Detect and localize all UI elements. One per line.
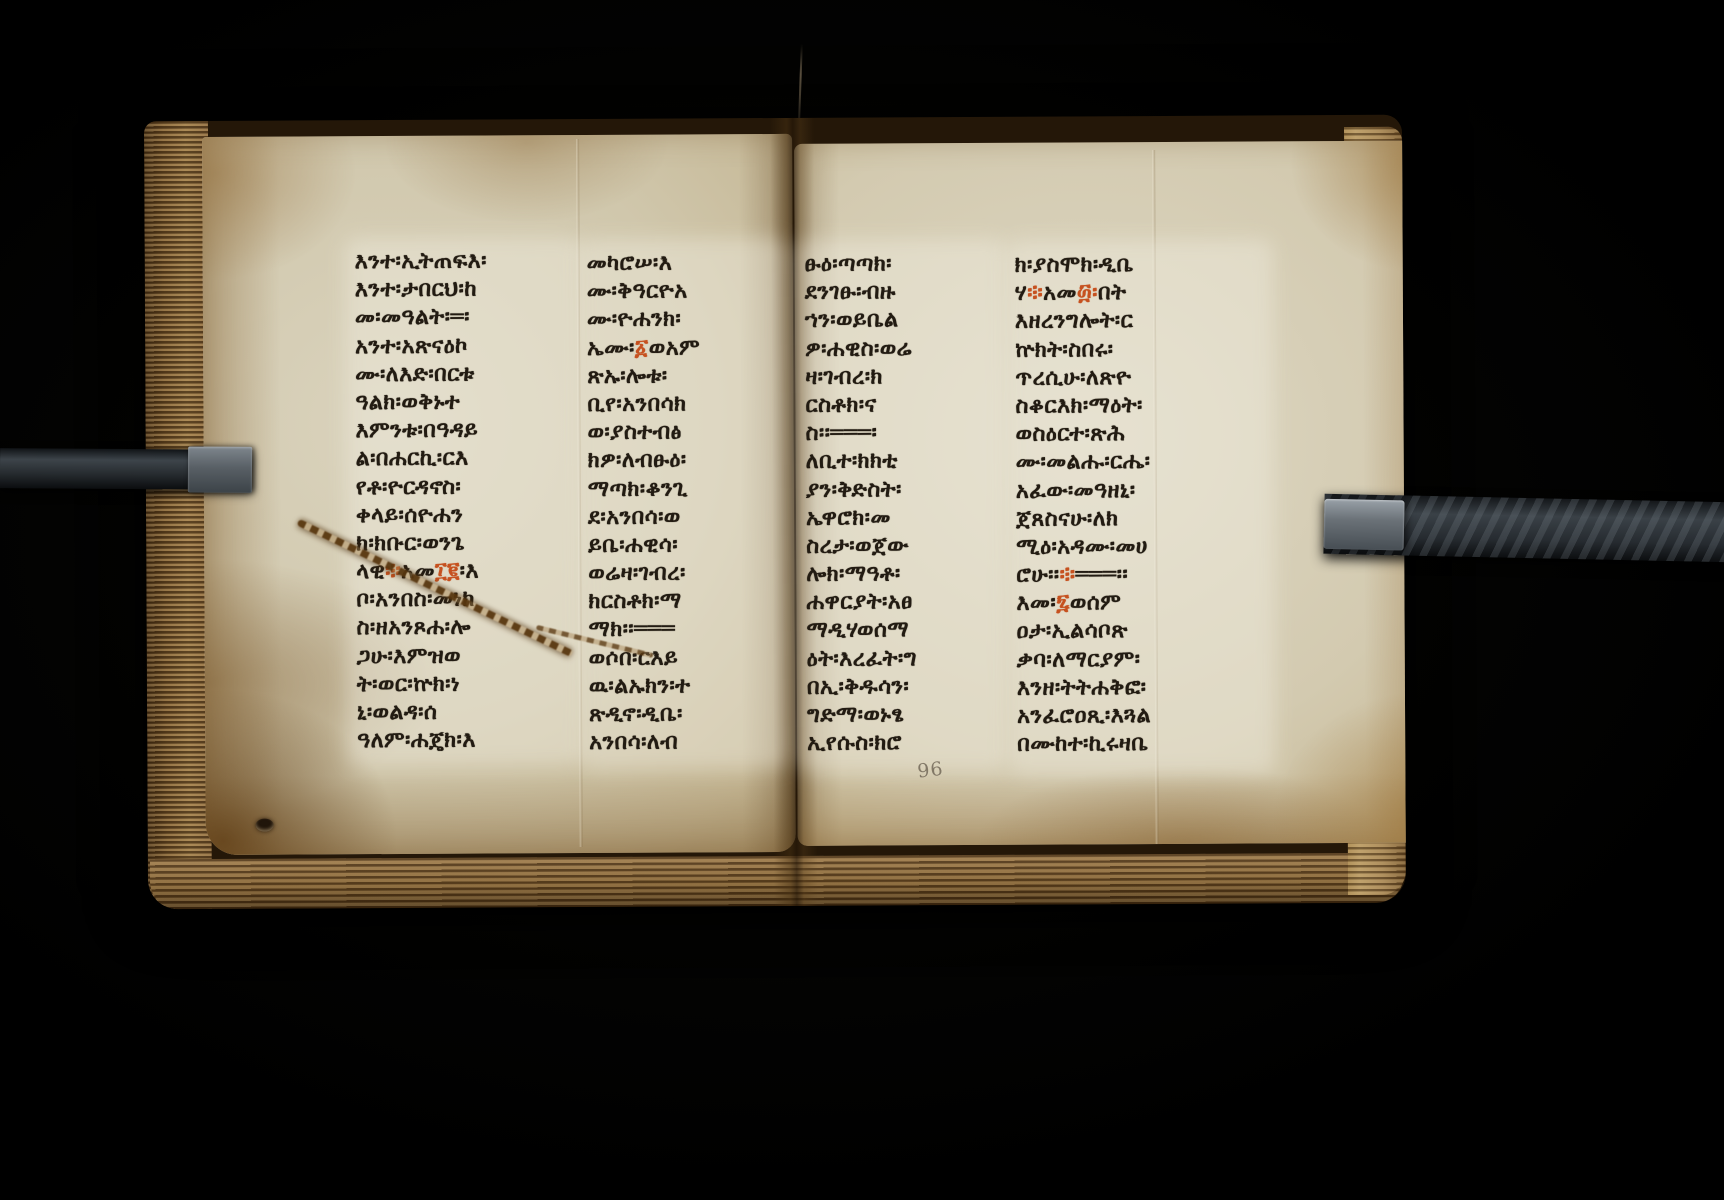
- black-ink-text: ደንገፁ፡ብዙ: [805, 280, 896, 305]
- manuscript-text-line: ኒ፡ወልዳ፡ሰ: [357, 698, 489, 727]
- manuscript-text-line: ደ፡አንበሳ፡ወ: [588, 503, 701, 532]
- manuscript-text-line: ግድማ፡ወኑፄ: [807, 701, 917, 730]
- black-ink-text: ፡እ: [460, 559, 479, 584]
- black-ink-text: በኢ፡ቅዱሳን፡: [807, 674, 909, 700]
- metal-clip-right: [1324, 499, 1405, 551]
- black-ink-text: ለቢተ፡ክክቲ: [806, 449, 898, 474]
- manuscript-photograph: እንተ፡ኢትጠፍእ፡እንተ፡ታበርህ፡ከመ፡መዓልት፡═፡አንተ፡አጽናዕኮሙ፡…: [0, 0, 1724, 1200]
- manuscript-text-line: ክርስቶክ፡ማ: [588, 588, 701, 617]
- black-ink-text: ዎ፡ሐዊስ፡ወሬ: [805, 336, 912, 362]
- manuscript-text-line: ርስቶክ፡ና: [805, 391, 915, 420]
- black-ink-text: አፈው፡መዓዘኒ፡: [1016, 478, 1136, 504]
- manuscript-text-line: መካሮሠ፡እ: [587, 249, 700, 278]
- book-holder-strap-right: [1323, 494, 1724, 562]
- black-ink-text: ሎክ፡ማዓቶ፡: [806, 561, 900, 586]
- manuscript-text-line: ኤዋሮክ፡መ: [806, 504, 916, 533]
- black-ink-text: ኢየሱስ፡ክሮ: [807, 731, 902, 756]
- manuscript-text-line: ይቤ፡ሐዊሳ፡: [588, 531, 701, 560]
- manuscript-text-line: ክዎ፡ለብፁዕ፡: [588, 447, 701, 476]
- black-ink-text: ክርስቶክ፡ማ: [588, 589, 681, 614]
- manuscript-text-line: መ፡መዓልት፡═፡: [355, 304, 487, 333]
- red-rubric-text: ፯: [1056, 591, 1070, 616]
- black-ink-text: ዐታ፡ኢልሳቦጽ: [1017, 619, 1128, 645]
- manuscript-text-line: ኢየሱስ፡ክሮ: [807, 729, 917, 758]
- manuscript-text-line: ሙ፡ለእድ፡በርቱ: [355, 360, 487, 389]
- manuscript-text-line: ዓልክ፡ወቅኑተ: [355, 388, 487, 417]
- manuscript-text-line: ሙ፡መልሑ፡ርሔ፡: [1016, 448, 1151, 477]
- open-manuscript-book: እንተ፡ኢትጠፍእ፡እንተ፡ታበርህ፡ከመ፡መዓልት፡═፡አንተ፡አጽናዕኮሙ፡…: [144, 115, 1406, 910]
- manuscript-text-line: ስ፡ዘአንጾሐ፡ሎ: [357, 614, 489, 643]
- text-column-right-2: ክ፡ያስሞክ፡ዲቤሃ፨አመ፴፡በትእዘረንግሎት፡ርኵክት፡ስበሩ፡ጥረሲሁ፡ለ…: [1015, 251, 1152, 759]
- black-ink-text: ጥረሲሁ፡ለጽዮ: [1015, 365, 1131, 391]
- manuscript-text-line: እንተ፡ታበርህ፡ከ: [355, 276, 487, 305]
- metal-clip-left: [188, 446, 252, 492]
- manuscript-text-line: ቢየ፡አንበሳክ: [587, 390, 700, 419]
- black-ink-text: ሐዋርያት፡አፀ: [806, 590, 912, 616]
- black-ink-text: ይቤ፡ሐዊሳ፡: [588, 532, 678, 557]
- manuscript-text-line: ወስዕርተ፡ጽሕ: [1016, 420, 1151, 449]
- page-edge-hole: [256, 819, 274, 832]
- black-ink-text: አንፈሮዐጺ፡እጓል: [1017, 703, 1151, 729]
- black-ink-text: ሙ፡ቅዓርዮአ: [587, 279, 688, 305]
- black-ink-text: እመ፡: [1016, 591, 1056, 616]
- black-ink-text: ወአም: [649, 335, 700, 360]
- black-ink-text: አንተ፡አጽናዕኮ: [355, 333, 468, 359]
- manuscript-text-line: ማጣክ፡ቆንጊ: [588, 475, 701, 504]
- manuscript-text-line: ኵክት፡ስበሩ፡: [1015, 336, 1150, 365]
- red-rubric-text: ፨: [1059, 562, 1075, 587]
- manuscript-text-line: አንበሳ፡ለብ: [589, 729, 702, 758]
- black-ink-text: በሙከተ፡ኪሩዛቤ: [1017, 731, 1148, 757]
- manuscript-text-line: ዎ፡ሐዊስ፡ወሬ: [805, 335, 915, 364]
- text-column-left-2: መካሮሠ፡እሙ፡ቅዓርዮአሙ፡ዮሐንክ፡ኤሙ፡፩ወአምጽኡ፡ሎቱ፡ቢየ፡አንበሳ…: [587, 249, 703, 757]
- manuscript-text-line: ዕት፡እረፈት፡ግ: [807, 645, 917, 674]
- red-rubric-text: ፨: [1027, 281, 1043, 306]
- black-ink-text: ያን፡ቅድስት፡: [806, 477, 902, 503]
- black-ink-text: መካሮሠ፡እ: [587, 251, 673, 276]
- black-ink-text: ዓልክ፡ወቅኑተ: [355, 390, 460, 416]
- black-ink-text: እንተ፡ታበርህ፡ከ: [355, 277, 477, 303]
- black-ink-text: ት፡ወር፡ኵክ፡ነ: [357, 671, 460, 697]
- manuscript-text-line: ስቆርእክ፡ማዕት፡: [1015, 392, 1150, 421]
- black-ink-text: ሙ፡ዮሐንክ፡: [587, 307, 681, 332]
- manuscript-text-line: እንተ፡ኢትጠፍእ፡: [355, 248, 487, 277]
- black-ink-text: ኤዋሮክ፡መ: [806, 505, 891, 530]
- black-ink-text: ደ፡አንበሳ፡ወ: [588, 504, 681, 529]
- manuscript-text-line: ፁዕ፡ጣጣክ፡: [805, 250, 915, 279]
- black-ink-text: ማዲሃወሰማ: [807, 618, 910, 644]
- manuscript-text-line: ሙ፡ቅዓርዮአ: [587, 278, 700, 307]
- black-ink-text: ስ፡፡═══፡: [806, 421, 878, 446]
- manuscript-text-line: ወሶበ፡ርእይ: [589, 644, 702, 673]
- black-ink-text: ኵክት፡ስበሩ፡: [1015, 337, 1113, 363]
- manuscript-text-line: ክ፡ክቡር፡ወንጌ: [356, 529, 488, 558]
- black-ink-text: ወ፡ያስተብፅ: [588, 420, 682, 445]
- manuscript-text-line: እንዘ፡ትትሐቅፎ፡: [1017, 674, 1152, 703]
- manuscript-text-line: ኀን፡ወይቤል: [805, 307, 915, 336]
- manuscript-text-line: ሐዋርያት፡አፀ: [806, 589, 916, 618]
- manuscript-text-line: ስ፡፡═══፡: [806, 419, 916, 448]
- manuscript-text-line: ጽኡ፡ሎቱ፡: [587, 362, 700, 391]
- manuscript-text-line: ያን፡ቅድስት፡: [806, 476, 916, 505]
- manuscript-text-line: እዘረንግሎት፡ር: [1015, 307, 1150, 336]
- manuscript-text-line: ት፡ወር፡ኵክ፡ነ: [357, 670, 489, 699]
- manuscript-text-line: ጽዲኖ፡ዲቤ፡: [589, 700, 702, 729]
- manuscript-text-line: ወ፡ያስተብፅ: [588, 419, 701, 448]
- black-ink-text: ሚዕ፡አዳሙ፡መሀ: [1016, 534, 1148, 560]
- manuscript-text-line: ል፡በሐርኪ፡ርእ: [356, 445, 488, 474]
- manuscript-text-line: የቶ፡ዮርዳኖስ፡: [356, 473, 488, 502]
- book-holder-strap-left: [0, 448, 252, 490]
- black-ink-text: ግድማ፡ወኑፄ: [807, 702, 904, 728]
- black-ink-text: ሙ፡መልሑ፡ርሔ፡: [1016, 449, 1151, 475]
- black-ink-text: ኤሙ፡: [587, 335, 635, 360]
- manuscript-text-line: ጋሁ፡እምዝወ: [357, 642, 489, 671]
- black-ink-text: እምንቱ፡በዓዳይ: [356, 418, 479, 444]
- manuscript-text-line: ሚዕ፡አዳሙ፡መሀ: [1016, 533, 1151, 562]
- black-ink-text: ቢየ፡አንበሳክ: [587, 391, 686, 417]
- black-ink-text: ማክ፡፡═══: [589, 617, 676, 642]
- black-ink-text: ሃ: [1015, 281, 1027, 306]
- text-column-left-1: እንተ፡ኢትጠፍእ፡እንተ፡ታበርህ፡ከመ፡መዓልት፡═፡አንተ፡አጽናዕኮሙ፡…: [355, 248, 490, 756]
- manuscript-text-line: አንተ፡አጽናዕኮ: [355, 332, 487, 361]
- black-ink-text: ፁዕ፡ጣጣክ፡: [805, 251, 892, 276]
- black-ink-text: ርስቶክ፡ና: [805, 392, 876, 417]
- black-ink-text: ዛ፡ገብረ፡ክ: [805, 364, 883, 389]
- manuscript-text-line: ማዲሃወሰማ: [807, 617, 917, 646]
- black-ink-text: መ፡መዓልት፡═፡: [355, 305, 470, 331]
- black-ink-text: ዕት፡እረፈት፡ግ: [807, 646, 917, 672]
- black-ink-text: ቃባ፡ለማርያም፡: [1017, 647, 1141, 673]
- black-ink-text: ወሬዛ፡ገብረ፡: [588, 561, 686, 587]
- black-ink-text: አንበሳ፡ለብ: [589, 730, 678, 755]
- manuscript-text-line: ጥረሲሁ፡ለጽዮ: [1015, 364, 1150, 393]
- black-ink-text: ሮሁ፡፡: [1016, 563, 1059, 588]
- black-ink-text: ኀን፡ወይቤል: [805, 308, 899, 333]
- black-ink-text: ቀላይ፡ሰዮሐን: [356, 502, 463, 528]
- manuscript-text-line: አንፈሮዐጺ፡እጓል: [1017, 702, 1152, 731]
- manuscript-text-line: ቀላይ፡ሰዮሐን: [356, 501, 488, 530]
- red-rubric-text: ፴፡: [1077, 280, 1098, 305]
- manuscript-text-line: ደንገፁ፡ብዙ: [805, 278, 915, 307]
- black-ink-text: ክ፡ክቡር፡ወንጌ: [356, 530, 465, 556]
- manuscript-text-line: ሮሁ፡፡፨═══፡፡: [1016, 561, 1151, 590]
- manuscript-text-line: ጀጸስናሁ፡ለክ: [1016, 505, 1151, 534]
- black-ink-text: ማጣክ፡ቆንጊ: [588, 476, 688, 502]
- manuscript-text-line: ለቢተ፡ክክቲ: [806, 448, 916, 477]
- text-column-right-1: ፁዕ፡ጣጣክ፡ደንገፁ፡ብዙኀን፡ወይቤልዎ፡ሐዊስ፡ወሬዛ፡ገብረ፡ክርስቶክ…: [805, 250, 918, 758]
- black-ink-text: ወስዕርተ፡ጽሕ: [1016, 421, 1126, 447]
- black-ink-text: ዓለም፡ሐጄክ፡እ: [357, 728, 476, 754]
- manuscript-text-line: ዛ፡ገብረ፡ክ: [805, 363, 915, 392]
- black-ink-text: ጋሁ፡እምዝወ: [357, 643, 461, 669]
- manuscript-text-line: ኤሙ፡፩ወአም: [587, 334, 700, 363]
- manuscript-text-line: ሎክ፡ማዓቶ፡: [806, 560, 916, 589]
- black-ink-text: የቶ፡ዮርዳኖስ፡: [356, 474, 461, 500]
- manuscript-text-line: እመ፡፯ወሰም: [1016, 589, 1151, 618]
- manuscript-text-line: ሙ፡ዮሐንክ፡: [587, 306, 700, 335]
- black-ink-text: ወሰም: [1070, 590, 1121, 615]
- red-rubric-text: ፩: [635, 335, 649, 360]
- manuscript-text-line: ክ፡ያስሞክ፡ዲቤ: [1015, 251, 1150, 280]
- black-ink-text: ሙ፡ለእድ፡በርቱ: [355, 361, 474, 387]
- black-ink-text: ክዎ፡ለብፁዕ፡: [588, 448, 687, 474]
- black-ink-text: እንተ፡ኢትጠፍእ፡: [355, 249, 487, 275]
- manuscript-text-line: ዐታ፡ኢልሳቦጽ: [1017, 617, 1152, 646]
- manuscript-text-line: ማክ፡፡═══: [589, 616, 702, 645]
- black-ink-text: ጽኡ፡ሎቱ፡: [587, 363, 667, 388]
- black-ink-text: ስ፡ዘአንጾሐ፡ሎ: [357, 615, 471, 641]
- red-rubric-text: ፲፪: [435, 559, 460, 584]
- black-ink-text: ስቆርእክ፡ማዕት፡: [1015, 393, 1142, 419]
- black-ink-text: ስረታ፡ወጀው: [806, 533, 909, 559]
- folio-number-pencil: 96: [916, 758, 944, 783]
- manuscript-text-line: ዓለም፡ሐጄክ፡እ: [357, 727, 489, 756]
- black-ink-text: ═══፡፡: [1075, 562, 1128, 587]
- manuscript-text-line: በኢ፡ቅዱሳን፡: [807, 673, 917, 702]
- manuscript-text-line: ስረታ፡ወጀው: [806, 532, 916, 561]
- manuscript-text-line: አፈው፡መዓዘኒ፡: [1016, 477, 1151, 506]
- manuscript-text-line: በሙከተ፡ኪሩዛቤ: [1017, 730, 1152, 759]
- black-ink-text: እንዘ፡ትትሐቅፎ፡: [1017, 675, 1147, 701]
- black-ink-text: እዘረንግሎት፡ር: [1015, 308, 1133, 334]
- manuscript-text-line: እምንቱ፡በዓዳይ: [355, 417, 487, 446]
- black-ink-text: ል፡በሐርኪ፡ርእ: [356, 446, 469, 472]
- manuscript-text-line: ቃባ፡ለማርያም፡: [1017, 646, 1152, 675]
- manuscript-text-line: ዉ፡ልኡክን፡ተ: [589, 672, 702, 701]
- black-ink-text: ኒ፡ወልዳ፡ሰ: [357, 700, 437, 725]
- black-ink-text: ዉ፡ልኡክን፡ተ: [589, 673, 691, 699]
- manuscript-text-line: ሃ፨አመ፴፡በት: [1015, 279, 1150, 308]
- black-ink-text: ጀጸስናሁ፡ለክ: [1016, 506, 1119, 532]
- black-ink-text: ጽዲኖ፡ዲቤ፡: [589, 701, 683, 726]
- black-ink-text: በት: [1098, 280, 1127, 305]
- black-ink-text: ክ፡ያስሞክ፡ዲቤ: [1015, 252, 1134, 278]
- manuscript-text-line: ወሬዛ፡ገብረ፡: [588, 559, 701, 588]
- black-ink-text: አመ: [1043, 281, 1077, 306]
